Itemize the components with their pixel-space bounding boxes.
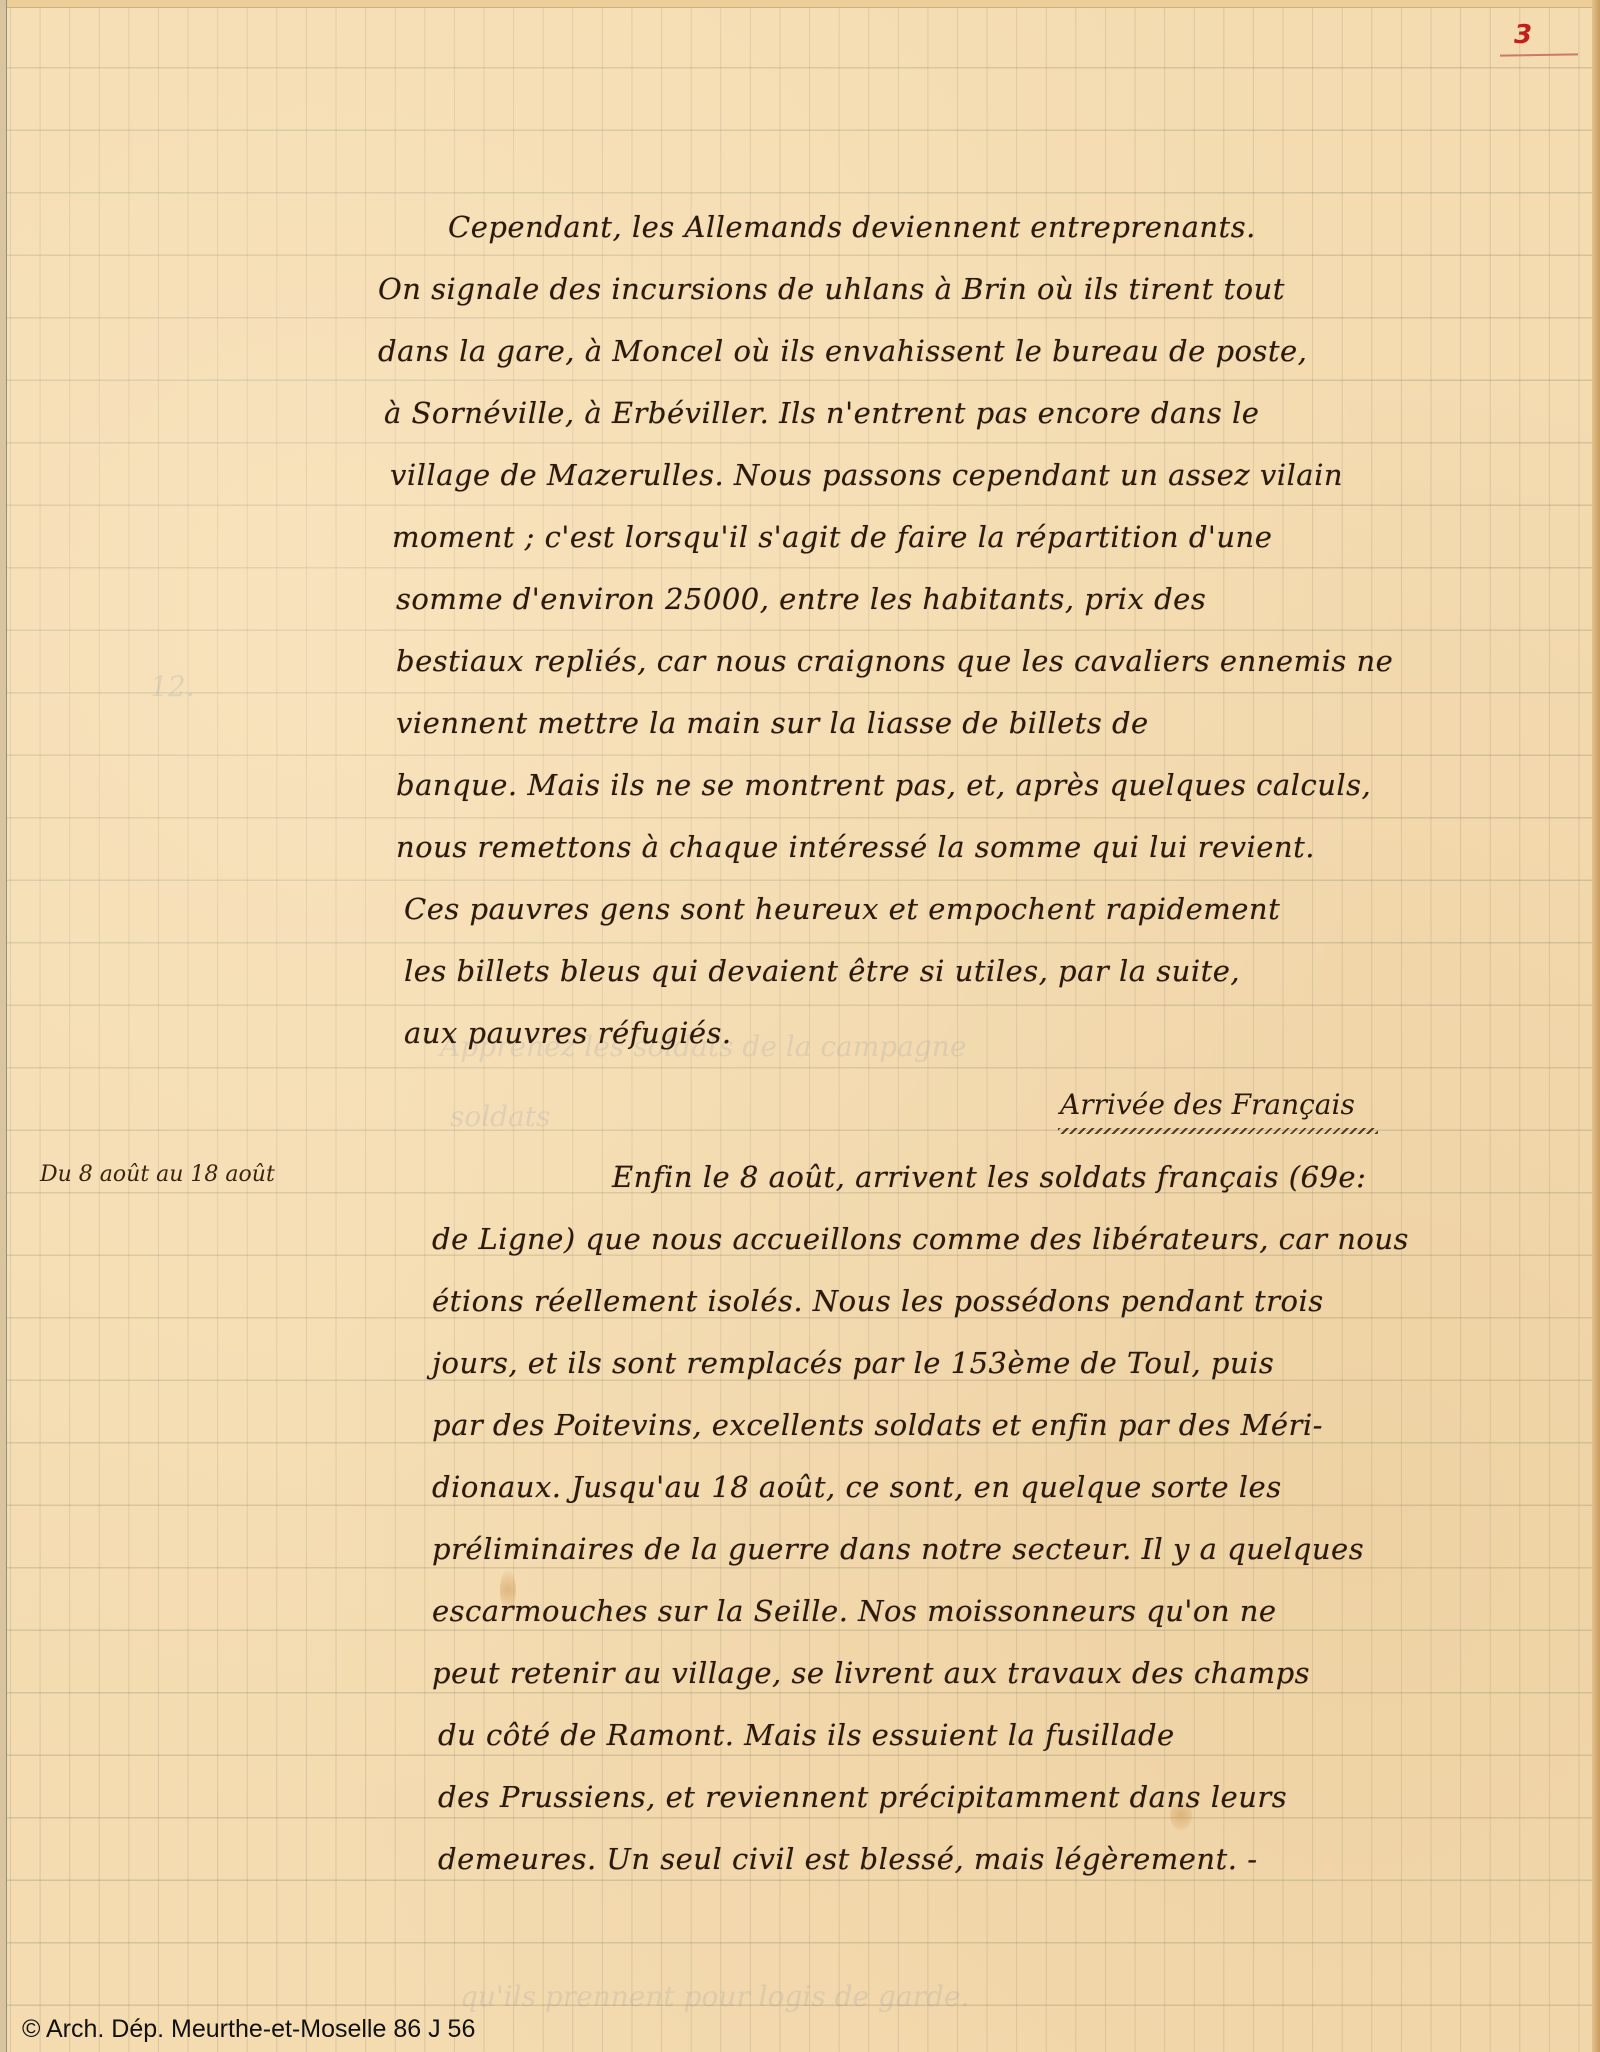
text-line: moment ; c'est lorsqu'il s'agit de faire… — [392, 520, 1272, 554]
top-page-edge — [0, 0, 1600, 8]
text-line: par des Poitevins, excellents soldats et… — [432, 1408, 1323, 1442]
left-binding-edge — [0, 0, 7, 2052]
text-line: somme d'environ 25000, entre les habitan… — [396, 582, 1206, 616]
text-line: aux pauvres réfugiés. — [404, 1016, 732, 1050]
text-line: jours, et ils sont remplacés par le 153è… — [432, 1346, 1274, 1380]
page-number-underline — [1500, 53, 1578, 56]
text-line: viennent mettre la main sur la liasse de… — [396, 706, 1149, 740]
right-page-edge — [1592, 0, 1600, 2052]
manuscript-page: 12. Apprenez les soldats de la campagne … — [0, 0, 1600, 2052]
text-line: demeures. Un seul civil est blessé, mais… — [438, 1842, 1258, 1876]
text-line: Enfin le 8 août, arrivent les soldats fr… — [612, 1160, 1366, 1194]
text-line: peut retenir au village, se livrent aux … — [432, 1656, 1310, 1690]
text-line: banque. Mais ils ne se montrent pas, et,… — [396, 768, 1371, 802]
text-line: dionaux. Jusqu'au 18 août, ce sont, en q… — [432, 1470, 1282, 1504]
bleed-through-text: qu'ils prennent pour logis de garde. — [460, 1980, 969, 2013]
margin-date-note: Du 8 août au 18 août — [40, 1162, 275, 1187]
text-line: On signale des incursions de uhlans à Br… — [378, 272, 1285, 306]
text-line: nous remettons à chaque intéressé la som… — [396, 830, 1315, 864]
text-line: bestiaux repliés, car nous craignons que… — [396, 644, 1393, 678]
page-number: 3 — [1514, 20, 1532, 50]
text-line: du côté de Ramont. Mais ils essuient la … — [438, 1718, 1175, 1752]
text-line: Ces pauvres gens sont heureux et empoche… — [404, 892, 1280, 926]
section-heading: Arrivée des Français — [1060, 1088, 1355, 1121]
text-line: village de Mazerulles. Nous passons cepe… — [390, 458, 1343, 492]
text-line: préliminaires de la guerre dans notre se… — [432, 1532, 1364, 1566]
heading-underline — [1058, 1128, 1378, 1134]
text-line: les billets bleus qui devaient être si u… — [404, 954, 1240, 988]
text-line: escarmouches sur la Seille. Nos moissonn… — [432, 1594, 1277, 1628]
text-line: Cependant, les Allemands deviennent entr… — [448, 210, 1256, 244]
bleed-through-text: 12. — [150, 670, 195, 703]
text-line: des Prussiens, et reviennent précipitamm… — [438, 1780, 1287, 1814]
text-line: dans la gare, à Moncel où ils envahissen… — [378, 334, 1307, 368]
text-line: étions réellement isolés. Nous les possé… — [432, 1284, 1324, 1318]
archive-credit: © Arch. Dép. Meurthe-et-Moselle 86 J 56 — [22, 2015, 475, 2044]
text-line: de Ligne) que nous accueillons comme des… — [432, 1222, 1409, 1256]
text-line: à Sornéville, à Erbéviller. Ils n'entren… — [384, 396, 1259, 430]
bleed-through-text: soldats — [450, 1100, 550, 1133]
